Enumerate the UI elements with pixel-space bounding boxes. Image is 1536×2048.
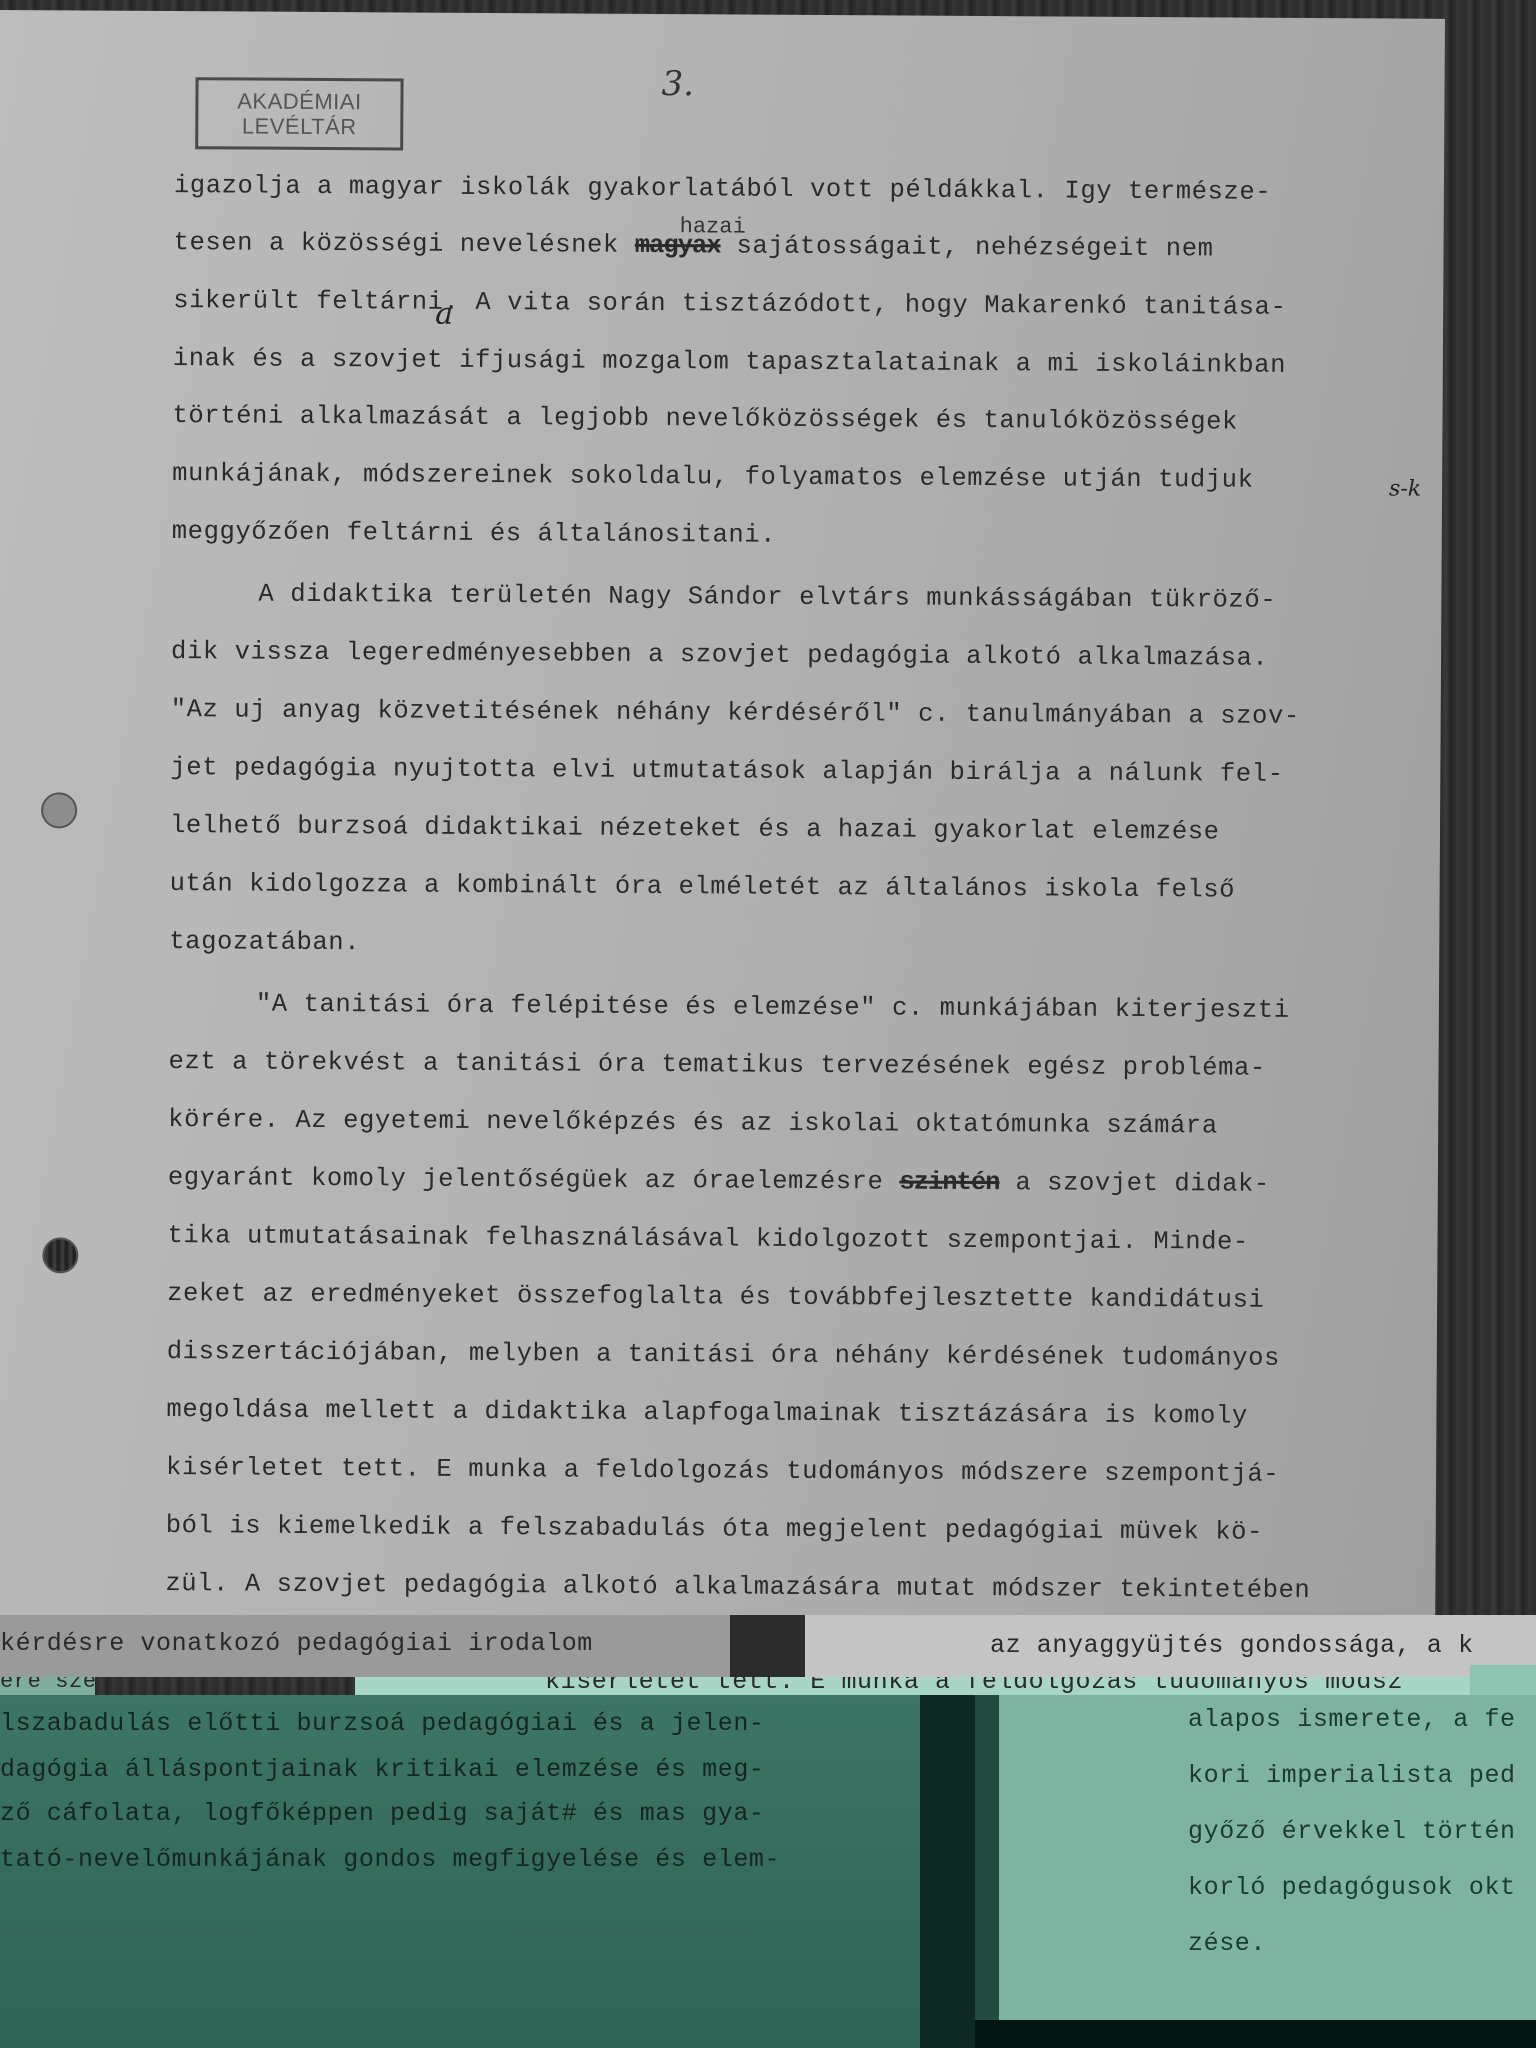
fragment-text: az anyaggyüjtés gondossága, a k xyxy=(990,1631,1474,1660)
line-text: tesen a közösségi nevelésnek xyxy=(173,228,634,260)
text-line: dik vissza legeredményesebben a szovjet … xyxy=(171,637,1268,673)
typewritten-page: AKADÉMIAI LEVÉLTÁR 3. igazolja a magyar … xyxy=(0,10,1445,1644)
text-line: meggyőzően feltárni és általánositani. xyxy=(172,517,776,550)
handwritten-insert: a xyxy=(435,297,453,332)
body-text: igazolja a magyar iskolák gyakorlatából … xyxy=(0,10,1445,19)
punch-hole-icon xyxy=(42,1237,78,1273)
text-line: sikerült feltárni. A vita során tisztázó… xyxy=(173,286,1286,322)
line-text: után kidolgozza a kombinált óra elméleté… xyxy=(170,869,1236,905)
line-text: ból is kiemelkedik a felszabadulás óta m… xyxy=(166,1511,1263,1547)
line-text: körére. Az egyetemi nevelőképzés és az i… xyxy=(168,1105,1218,1140)
text-line: kisérletet tett. E munka a feldolgozás t… xyxy=(166,1453,1279,1489)
line-text: inak és a szovjet ifjusági mozgalom tapa… xyxy=(173,344,1286,380)
line-text: jet pedagógia nyujtotta elvi utmutatások… xyxy=(170,753,1283,789)
line-text: munkájának, módszereinek sokoldalu, foly… xyxy=(172,459,1254,495)
text-line: igazolja a magyar iskolák gyakorlatából … xyxy=(174,171,1271,207)
text-line: munkájának, módszereinek sokoldalu, foly… xyxy=(172,459,1254,495)
fragment-text: kori imperialista ped xyxy=(1188,1761,1516,1790)
text-line: A didaktika területén Nagy Sándor elvtár… xyxy=(258,580,1276,615)
line-text: "Az uj anyag közvetitésének néhány kérdé… xyxy=(171,695,1300,731)
archive-stamp: AKADÉMIAI LEVÉLTÁR xyxy=(195,77,403,150)
fragment-dark-strip xyxy=(730,1615,805,1677)
fragment-gray-left: kérdésre vonatkozó pedagógiai irodalom xyxy=(0,1615,800,1677)
line-text: meggyőzően feltárni és általánositani. xyxy=(172,517,776,550)
line-text: zeket az eredményeket összefoglalta és t… xyxy=(167,1279,1264,1315)
text-line: tika utmutatásainak felhasználásával kid… xyxy=(167,1221,1249,1257)
text-line: inak és a szovjet ifjusági mozgalom tapa… xyxy=(173,344,1286,380)
text-line: megoldása mellett a didaktika alapfogalm… xyxy=(166,1395,1248,1431)
fragment-mint-right: kisérletet tett. E munka a feldolgozás t… xyxy=(355,1677,1536,1695)
text-line: lelhető burzsoá didaktikai nézeteket és … xyxy=(170,811,1220,846)
page-edge xyxy=(975,1695,999,2048)
line-text: ezt a törekvést a tanitási óra tematikus… xyxy=(168,1047,1265,1083)
fragment-text: ző cáfolata, logfőképpen pedig saját# és… xyxy=(0,1799,765,1828)
fragment-text: korló pedagógusok okt xyxy=(1188,1873,1516,1902)
stamp-line-1: AKADÉMIAI xyxy=(237,88,361,114)
fragment-green-left: lszabadulás előtti burzsoá pedagógiai és… xyxy=(0,1695,975,2048)
fragment-text: tató-nevelőmunkájának gondos megfigyelés… xyxy=(0,1845,780,1874)
text-line: körére. Az egyetemi nevelőképzés és az i… xyxy=(168,1105,1218,1140)
fragment-text: alapos ismerete, a fe xyxy=(1188,1705,1516,1734)
line-text: sikerült feltárni. A vita során tisztázó… xyxy=(173,286,1286,322)
stamp-line-2: LEVÉLTÁR xyxy=(242,113,357,139)
text-line: után kidolgozza a kombinált óra elméleté… xyxy=(170,869,1236,905)
fragment-text: kisérletet tett. E munka a feldolgozás t… xyxy=(545,1677,1403,1695)
line-text: történi alkalmazását a legjobb nevelőköz… xyxy=(172,401,1238,437)
line-text: zül. A szovjet pedagógia alkotó alkalmaz… xyxy=(165,1569,1310,1605)
line-text-continued: sajátosságait, nehézségeit nem xyxy=(720,231,1213,263)
inserted-word: hazai xyxy=(680,214,746,239)
line-text: lelhető burzsoá didaktikai nézeteket és … xyxy=(170,811,1220,846)
fragment-text: ere szempontjá- xyxy=(0,1677,95,1694)
text-line: disszertációjában, melyben a tanitási ór… xyxy=(167,1337,1280,1373)
line-text: A didaktika területén Nagy Sándor elvtár… xyxy=(258,580,1276,615)
line-text-continued: a szovjet didak- xyxy=(999,1168,1270,1199)
fragment-text: dagógia álláspontjainak kritikai elemzés… xyxy=(0,1755,765,1784)
text-line: tagozatában. xyxy=(169,927,360,957)
page-number: 3. xyxy=(661,64,694,104)
struck-word: szintén xyxy=(899,1168,999,1198)
text-line: zeket az eredményeket összefoglalta és t… xyxy=(167,1279,1264,1315)
line-text: dik vissza legeredményesebben a szovjet … xyxy=(171,637,1268,673)
fragment-light-right: az anyaggyüjtés gondossága, a k xyxy=(805,1615,1536,1677)
text-line: jet pedagógia nyujtotta elvi utmutatások… xyxy=(170,753,1283,789)
line-text: egyaránt komoly jelentőségüek az óraelem… xyxy=(168,1163,900,1196)
handwritten-margin-mark: s-k xyxy=(1389,476,1421,501)
line-text: igazolja a magyar iskolák gyakorlatából … xyxy=(174,171,1271,207)
text-line: ezt a törekvést a tanitási óra tematikus… xyxy=(168,1047,1265,1083)
text-line: "A tanitási óra felépitése és elemzése" … xyxy=(256,990,1290,1025)
fragment-text: győző érvekkel történ xyxy=(1188,1817,1516,1846)
line-text: tika utmutatásainak felhasználásával kid… xyxy=(167,1221,1249,1257)
line-text: "A tanitási óra felépitése és elemzése" … xyxy=(256,990,1290,1025)
fragment-black-edge xyxy=(975,2020,1536,2048)
line-text: disszertációjában, melyben a tanitási ór… xyxy=(167,1337,1280,1373)
text-line: "Az uj anyag közvetitésének néhány kérdé… xyxy=(171,695,1300,731)
fragment-mint-corner xyxy=(1470,1665,1536,1695)
line-text: tagozatában. xyxy=(169,927,360,957)
text-line: ból is kiemelkedik a felszabadulás óta m… xyxy=(166,1511,1263,1547)
text-line: egyaránt komoly jelentőségüek az óraelem… xyxy=(168,1163,1270,1199)
fragment-text: zése. xyxy=(1188,1929,1266,1958)
fragment-mint-left: ere szempontjá- xyxy=(0,1677,95,1695)
fragment-text: kérdésre vonatkozó pedagógiai irodalom xyxy=(0,1629,593,1658)
text-line: történi alkalmazását a legjobb nevelőköz… xyxy=(172,401,1238,437)
fragment-green-right: alapos ismerete, a fe kori imperialista … xyxy=(975,1695,1536,2048)
text-line: zül. A szovjet pedagógia alkotó alkalmaz… xyxy=(165,1569,1310,1605)
fragment-dark-band xyxy=(920,1695,980,2048)
fragment-text: lszabadulás előtti burzsoá pedagógiai és… xyxy=(0,1709,765,1738)
punch-hole-icon xyxy=(41,792,77,828)
line-text: kisérletet tett. E munka a feldolgozás t… xyxy=(166,1453,1279,1489)
line-text: megoldása mellett a didaktika alapfogalm… xyxy=(166,1395,1248,1431)
